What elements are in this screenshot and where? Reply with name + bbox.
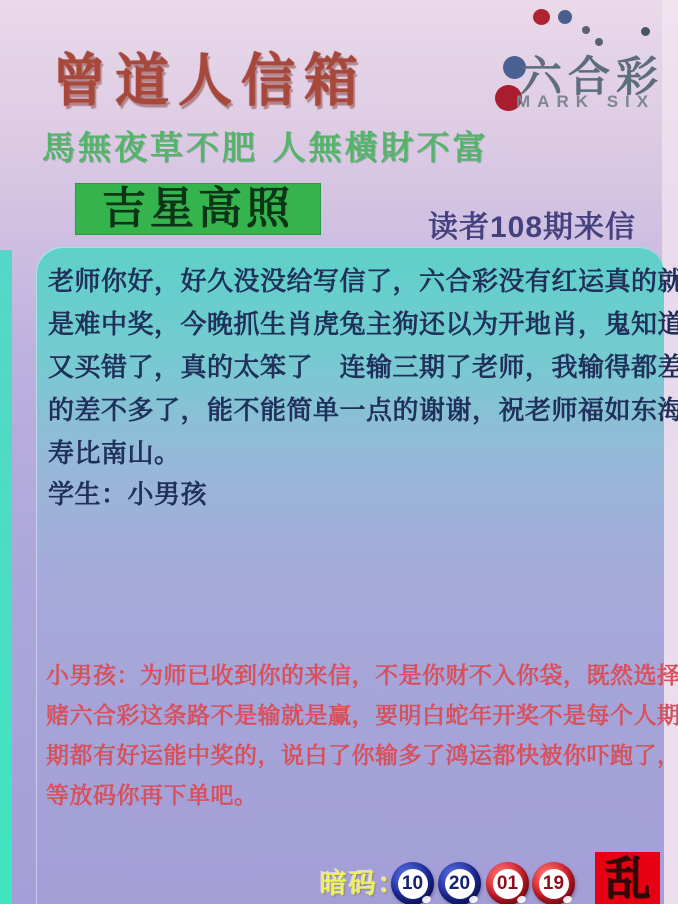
logo-dot-red-small-icon xyxy=(533,9,550,25)
reply-line: 等放码你再下单吧。 xyxy=(46,775,656,815)
lucky-phrase-text: 吉星高照 xyxy=(102,187,294,231)
mailbox-title: 曾道人信箱 xyxy=(52,36,372,117)
lottery-ball-number: 19 xyxy=(539,869,569,899)
lottery-ball-number: 10 xyxy=(398,869,428,899)
mark-six-logo: 六合彩 MARK SIX xyxy=(470,0,678,120)
logo-dot-gray-icon xyxy=(582,26,590,34)
letter-panel: 老师你好，好久没没给写信了，六合彩没有红运真的就 是难中奖，今晚抓生肖虎兔主狗还… xyxy=(36,247,664,904)
logo-dot-gray-icon xyxy=(641,27,650,36)
reply-body: 小男孩：为师已收到你的来信，不是你财不入你袋，既然选择 赌六合彩这条路不是输就是… xyxy=(46,655,656,815)
chaos-stamp: 乱 xyxy=(595,852,660,904)
letter-signature: 学生：小男孩 xyxy=(48,473,207,516)
lottery-ball: 01 xyxy=(486,862,529,904)
lucky-phrase-box: 吉星高照 xyxy=(75,183,321,235)
lottery-ball-number: 01 xyxy=(493,869,523,899)
proverb-text: 馬無夜草不肥 人無橫財不富 xyxy=(42,122,562,169)
right-edge-strip xyxy=(662,0,678,904)
left-edge-strip xyxy=(0,250,12,904)
lottery-ball-number: 20 xyxy=(445,869,475,899)
logo-dot-blue-small-icon xyxy=(558,10,572,24)
letter-line: 又买错了，真的太笨了 连输三期了老师，我输得都差 xyxy=(48,346,652,389)
reply-line: 期都有好运能中奖的，说白了你输多了鸿运都快被你吓跑了， xyxy=(46,735,656,775)
logo-english-text: MARK SIX xyxy=(516,92,676,112)
reply-line: 小男孩：为师已收到你的来信，不是你财不入你袋，既然选择 xyxy=(46,655,656,695)
letter-body: 老师你好，好久没没给写信了，六合彩没有红运真的就 是难中奖，今晚抓生肖虎兔主狗还… xyxy=(48,260,652,475)
letter-line: 的差不多了，能不能简单一点的谢谢，祝老师福如东海 xyxy=(48,389,652,432)
lottery-ball: 20 xyxy=(438,862,481,904)
letter-line: 老师你好，好久没没给写信了，六合彩没有红运真的就 xyxy=(48,260,652,303)
letter-line: 是难中奖，今晚抓生肖虎兔主狗还以为开地肖，鬼知道 xyxy=(48,303,652,346)
lottery-ball: 19 xyxy=(532,862,575,904)
issue-label: 读者108期来信 xyxy=(428,202,658,246)
lottery-ball: 10 xyxy=(391,862,434,904)
letter-line: 寿比南山。 xyxy=(48,432,652,475)
reply-line: 赌六合彩这条路不是输就是赢，要明白蛇年开奖不是每个人期 xyxy=(46,695,656,735)
lottery-poster: 曾道人信箱 六合彩 MARK SIX 馬無夜草不肥 人無橫財不富 吉星高照 读者… xyxy=(0,0,678,904)
